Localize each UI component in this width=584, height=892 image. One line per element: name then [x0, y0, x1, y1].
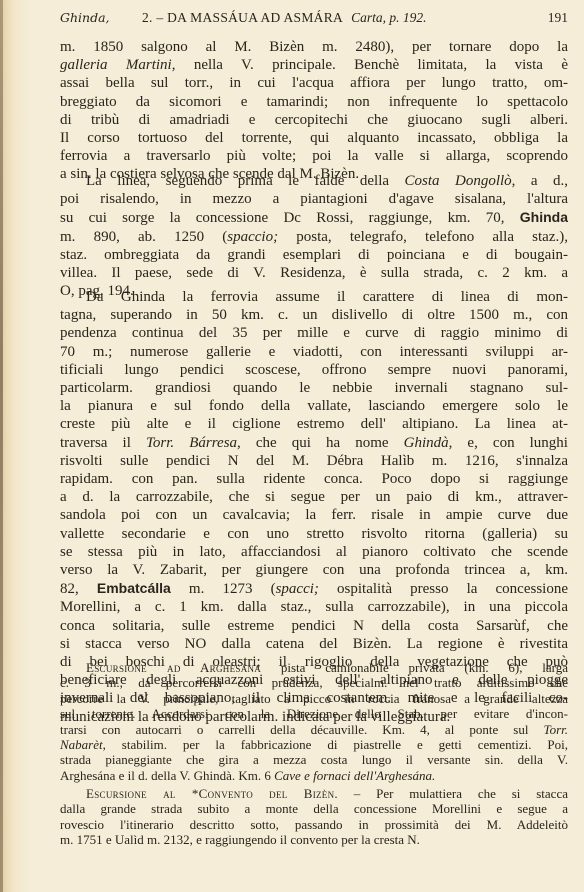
- text-line: su cui sorge la concessione Dc Rossi, ra…: [60, 208, 568, 227]
- text-line: pendenza continua del 35 per mille e cur…: [60, 324, 568, 342]
- text-line: particolarm. grandiosi quando le nebbie …: [60, 379, 568, 397]
- line-rest: – Per mulattiera che si stacca: [338, 786, 568, 801]
- text-line: La linea, seguendo prima le falde della …: [60, 172, 568, 190]
- italic-term: Costa Dongollò: [405, 173, 512, 189]
- italic-term: Torr. Bárresa: [146, 435, 237, 451]
- text-line: Morellini, a c. 1 km. dalla staz., sulla…: [60, 598, 568, 616]
- text-line: traversa il Torr. Bárresa, che qui ha no…: [60, 434, 568, 452]
- place-name-ghinda: Ghinda: [520, 209, 568, 225]
- text-line: Nabarèt, stabilim. per la fabbricazione …: [60, 737, 568, 752]
- text-line: villea. Il paese, sede di V. Residenza, …: [60, 264, 568, 282]
- text-line: verso la V. Zabarit, per giungere con un…: [60, 561, 568, 579]
- text-line: percorre la V. principale, tagliato a pi…: [60, 691, 568, 706]
- excursion-title: Escursione al *Convento del Bizèn.: [86, 786, 338, 801]
- excursion-convento-bizen: Escursione al *Convento del Bizèn. – Per…: [60, 786, 568, 848]
- text-line: breggiato da sicomori e tamarindi; non i…: [60, 93, 568, 111]
- paragraph-1: m. 1850 salgono al M. Bizèn m. 2480), pe…: [60, 38, 568, 184]
- text-line: strada pianeggiante che gira a mezza cos…: [60, 752, 568, 767]
- running-header: Ghinda, 2. – DA MASSÁUA AD ASMÁRA Carta,…: [60, 10, 568, 30]
- text-line: creste più alte e il ciglione estremo de…: [60, 415, 568, 433]
- italic-term: Ghindà: [404, 435, 449, 451]
- text-line: m. 890, ab. 1250 (spaccio; posta, telegr…: [60, 228, 568, 246]
- line-rest: , nella V. principale. Benchè limitata, …: [172, 57, 568, 73]
- text-line: m. 1850 salgono al M. Bizèn m. 2480), pe…: [60, 38, 568, 56]
- map-reference: Carta, p. 192.: [351, 10, 426, 26]
- italic-term: galleria Martini: [60, 57, 172, 73]
- text-line: assai bella sul torr., in cui l'acqua af…: [60, 74, 568, 92]
- book-page: Ghinda, 2. – DA MASSÁUA AD ASMÁRA Carta,…: [0, 0, 584, 892]
- text-line: vallette secondarie e con uno stretto ri…: [60, 525, 568, 543]
- text-line: a d. la carrozzabile, che si segue per u…: [60, 488, 568, 506]
- text-line: Da Ghinda la ferrovia assume il caratter…: [60, 288, 568, 306]
- text-line: di tribù di amadriadi e cercopitechi che…: [60, 111, 568, 129]
- text-line: risvolti sulle pendici N del M. Débra Ha…: [60, 452, 568, 470]
- text-line: conca solitaria, sulle estreme pendici N…: [60, 617, 568, 635]
- text-line: Il corso tortuoso del torrente, qui alqu…: [60, 129, 568, 147]
- binding-edge: [0, 0, 3, 892]
- text-line: rapidam. con pan. sulla ridente conca. P…: [60, 470, 568, 488]
- italic-term: Nabarèt: [60, 737, 103, 752]
- running-head-left: Ghinda,: [60, 10, 142, 25]
- text-line: sandola poi con un cavalcavia; la ferr. …: [60, 506, 568, 524]
- text-line: Arghesána e il d. della V. Ghindà. Km. 6…: [60, 768, 568, 783]
- excursion-arghesana: Escursione ad Arghesána pista camionabil…: [60, 660, 568, 783]
- text-line: tificiali lungo pendici scoscese, offron…: [60, 361, 568, 379]
- excursion-title: Escursione ad Arghesána: [86, 660, 261, 675]
- text-line: staz. ombreggiata da grandi esemplari di…: [60, 246, 568, 264]
- text-line: m. 1751 e Ualìd m. 2132, e raggiungendo …: [60, 832, 568, 847]
- place-name-embatcalla: Embatcálla: [97, 580, 171, 596]
- text-line: se stessa più in lato, affacciandosi al …: [60, 543, 568, 561]
- text-line: galleria Martini, nella V. principale. B…: [60, 56, 568, 74]
- text-line: poi risalendo, in mezzo a piantagioni d'…: [60, 190, 568, 208]
- italic-term: spaccio;: [227, 229, 278, 245]
- text-line: la pianura e sul fondo della vallate, la…: [60, 397, 568, 415]
- italic-term: Cave e fornaci dell'Arghesána.: [274, 768, 435, 783]
- text-line: Escursione al *Convento del Bizèn. – Per…: [60, 786, 568, 801]
- chapter-title: 2. – DA MASSÁUA AD ASMÁRA: [142, 10, 343, 26]
- text-line: c. 3 m., da percorrersi con prudenza, sp…: [60, 675, 568, 690]
- page-number: 191: [548, 10, 568, 26]
- line-rest: pista camionabile privata (km. 6), larga: [261, 660, 568, 675]
- italic-term: Torr.: [544, 722, 568, 737]
- text-line: sul torrente. Accordarsi con la Direzion…: [60, 706, 568, 721]
- text-line: tagna, superando in 50 km. c. un dislive…: [60, 306, 568, 324]
- text-line: dalla grande strada subito a monte della…: [60, 801, 568, 816]
- text-line: Escursione ad Arghesána pista camionabil…: [60, 660, 568, 675]
- paragraph-2: La linea, seguendo prima le falde della …: [60, 172, 568, 300]
- text-line: rovescio l'itinerario descritto sotto, p…: [60, 817, 568, 832]
- text-line: 82, Embatcálla m. 1273 (spacci; ospitali…: [60, 579, 568, 598]
- italic-term: spacci;: [276, 581, 319, 597]
- text-line: si stacca verso NO dalla catena del Bizè…: [60, 635, 568, 653]
- text-line: ferrovia a traversarlo più volte; poi la…: [60, 147, 568, 165]
- text-line: 70 m.; numerose gallerie e viadotti, con…: [60, 343, 568, 361]
- text-line: trarsi con autocarri o carrelli della dé…: [60, 722, 568, 737]
